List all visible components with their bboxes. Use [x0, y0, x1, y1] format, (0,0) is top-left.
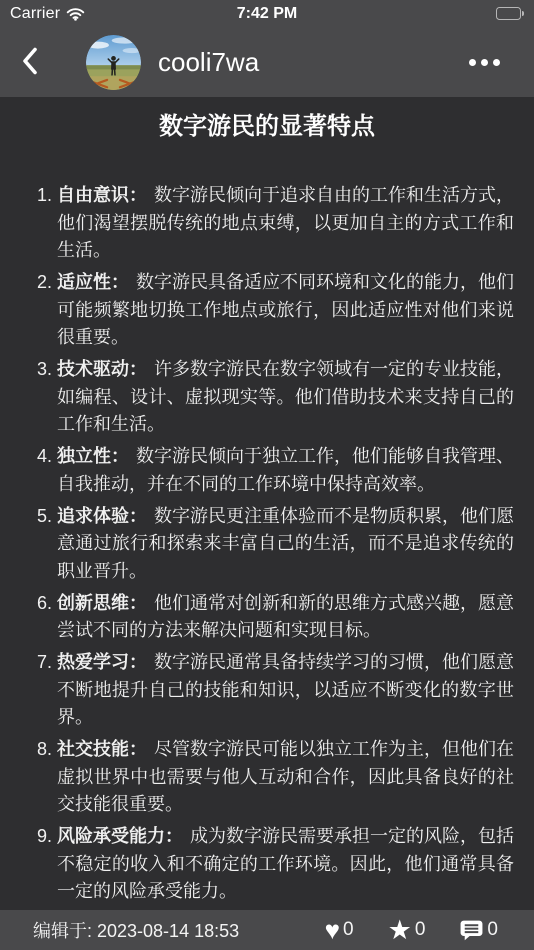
carrier-label: Carrier	[10, 5, 60, 23]
list-item: 自由意识：数字游民倾向于追求自由的工作和生活方式，他们渴望摆脱传统的地点束缚，以…	[57, 182, 514, 265]
favorite-button[interactable]: ★ 0	[388, 917, 426, 944]
app-window: Carrier 7:42 PM	[0, 0, 534, 950]
comment-icon	[459, 918, 484, 943]
like-button[interactable]: ♥ 0	[325, 917, 354, 943]
document-title: 数字游民的显著特点	[0, 110, 534, 144]
like-count: 0	[343, 919, 354, 941]
list-item: 追求体验：数字游民更注重体验而不是物质积累，他们愿意通过旅行和探索来丰富自己的生…	[57, 503, 514, 586]
item-label: 自由意识：	[57, 185, 147, 205]
item-label: 追求体验：	[57, 506, 147, 526]
star-icon: ★	[388, 917, 412, 944]
chevron-left-icon	[22, 47, 38, 78]
edited-timestamp: 编辑于: 2023-08-14 18:53	[33, 917, 239, 943]
item-label: 风险承受能力：	[57, 826, 183, 846]
item-label: 技术驱动：	[57, 359, 147, 379]
more-button[interactable]	[465, 51, 504, 74]
list-item: 创新思维：他们通常对创新和新的思维方式感兴趣，愿意尝试不同的方法来解决问题和实现…	[57, 590, 514, 645]
document-content[interactable]: 数字游民的显著特点 自由意识：数字游民倾向于追求自由的工作和生活方式，他们渴望摆…	[0, 97, 534, 910]
item-label: 创新思维：	[57, 593, 147, 613]
status-bar: Carrier 7:42 PM	[0, 0, 534, 27]
list-item: 独立性：数字游民倾向于独立工作，他们能够自我管理、自我推动，并在不同的工作环境中…	[57, 443, 514, 498]
item-label: 社交技能：	[57, 739, 147, 759]
back-button[interactable]	[16, 42, 44, 82]
item-label: 适应性：	[57, 272, 129, 292]
ellipsis-icon	[469, 59, 500, 66]
nav-bar: cooli7wa	[0, 27, 534, 97]
list-item: 技术驱动：许多数字游民在数字领域有一定的专业技能，如编程、设计、虚拟现实等。他们…	[57, 356, 514, 439]
favorite-count: 0	[415, 919, 426, 941]
avatar-photo-icon	[86, 35, 141, 90]
list-item: 适应性：数字游民具备适应不同环境和文化的能力，他们可能频繁地切换工作地点或旅行，…	[57, 269, 514, 352]
comment-count: 0	[487, 919, 498, 941]
list-item: 热爱学习：数字游民通常具备持续学习的习惯，他们愿意不断地提升自己的技能和知识，以…	[57, 649, 514, 732]
avatar[interactable]	[86, 35, 141, 90]
battery-icon	[496, 7, 524, 20]
item-label: 独立性：	[57, 446, 129, 466]
comment-button[interactable]: 0	[459, 918, 498, 943]
item-label: 热爱学习：	[57, 652, 147, 672]
list-item: 风险承受能力：成为数字游民需要承担一定的风险，包括不稳定的收入和不确定的工作环境…	[57, 823, 514, 906]
bottom-bar: 编辑于: 2023-08-14 18:53 ♥ 0 ★ 0	[0, 910, 534, 950]
page-title: cooli7wa	[158, 47, 259, 78]
wifi-icon	[66, 7, 85, 21]
list-item: 社交技能：尽管数字游民可能以独立工作为主，但他们在虚拟世界中也需要与他人互动和合…	[57, 736, 514, 819]
heart-icon: ♥	[325, 917, 340, 943]
stats-group: ♥ 0 ★ 0 0	[325, 917, 498, 944]
feature-list: 自由意识：数字游民倾向于追求自由的工作和生活方式，他们渴望摆脱传统的地点束缚，以…	[0, 182, 514, 906]
